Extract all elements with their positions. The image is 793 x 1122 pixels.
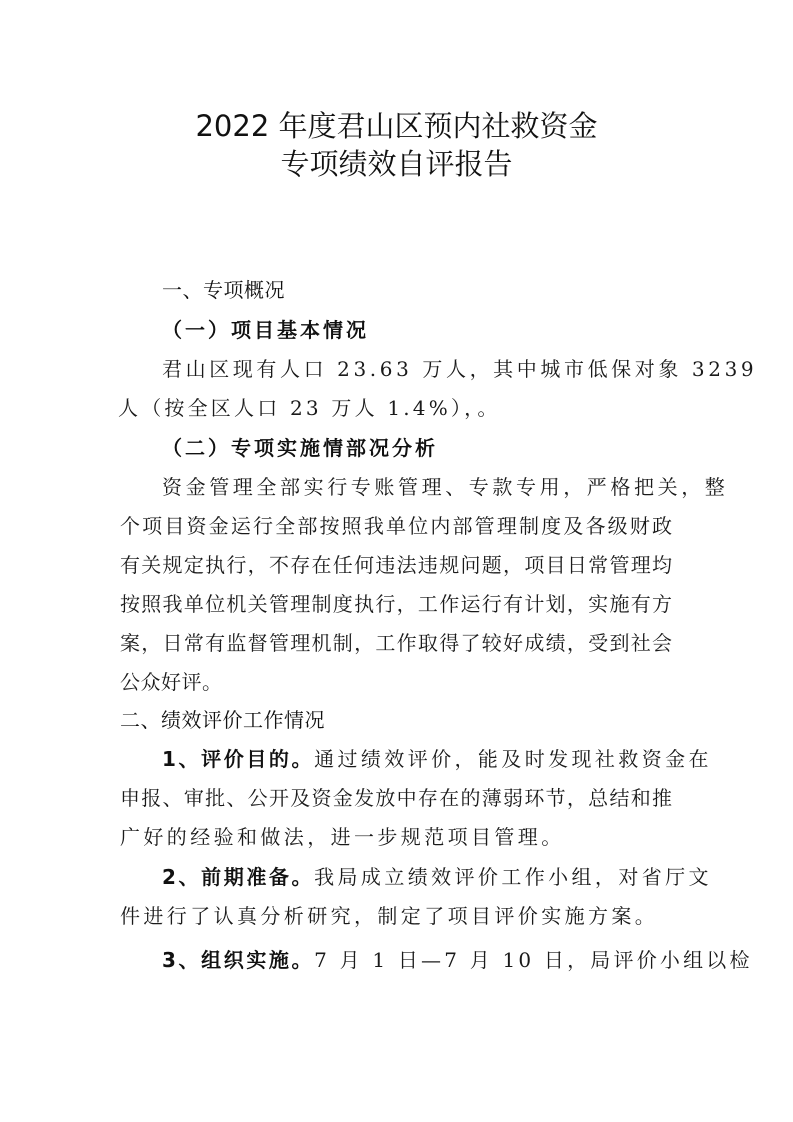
paragraph-line: 资金管理全部实行专账管理、专款专用，严格把关，整 [162,475,728,499]
section-heading-evaluation: 二、绩效评价工作情况 [120,708,325,732]
paragraph-line: 个项目资金运行全部按照我单位内部管理制度及各级财政 [120,514,672,538]
section-heading-overview: 一、专项概况 [162,278,285,302]
paragraph-line: 申报、审批、公开及资金发放中存在的薄弱环节，总结和推 [120,786,672,810]
item-lead: 3、组织实施。 [162,948,314,972]
item-implementation: 3、组织实施。7 月 1 日—7 月 10 日，局评价小组以检 [162,948,753,972]
item-text: 通过绩效评价，能及时发现社救资金在 [314,747,712,771]
paragraph-line: 有关规定执行，不存在任何违法违规问题，项目日常管理均 [120,553,672,577]
paragraph-line: 人（按全区人口 23 万人 1.4%），。 [118,396,501,420]
item-text: 7 月 1 日—7 月 10 日，局评价小组以检 [314,948,753,972]
document-title-line-1: 2022 年度君山区预内社救资金 [0,104,793,145]
paragraph-line: 君山区现有人口 23.63 万人，其中城市低保对象 3239 [162,357,757,381]
paragraph-line: 公众好评。 [120,670,223,694]
item-evaluation-purpose: 1、评价目的。通过绩效评价，能及时发现社救资金在 [162,747,712,771]
document-title-line-2: 专项绩效自评报告 [0,142,793,183]
paragraph-line: 广好的经验和做法，进一步规范项目管理。 [120,825,565,849]
paragraph-line: 件进行了认真分析研究，制定了项目评价实施方案。 [120,904,658,928]
document-page: 2022 年度君山区预内社救资金 专项绩效自评报告 一、专项概况 （一）项目基本… [0,0,793,1122]
paragraph-line: 案，日常有监督管理机制，工作取得了较好成绩，受到社会 [120,631,672,655]
item-preparation: 2、前期准备。我局成立绩效评价工作小组，对省厅文 [162,865,712,889]
item-lead: 1、评价目的。 [162,747,314,771]
paragraph-line: 按照我单位机关管理制度执行，工作运行有计划，实施有方 [120,592,672,616]
subsection-heading-implementation: （二）专项实施情部况分析 [162,436,438,460]
item-lead: 2、前期准备。 [162,865,314,889]
subsection-heading-basic-info: （一）项目基本情况 [162,318,369,342]
item-text: 我局成立绩效评价工作小组，对省厅文 [314,865,712,889]
